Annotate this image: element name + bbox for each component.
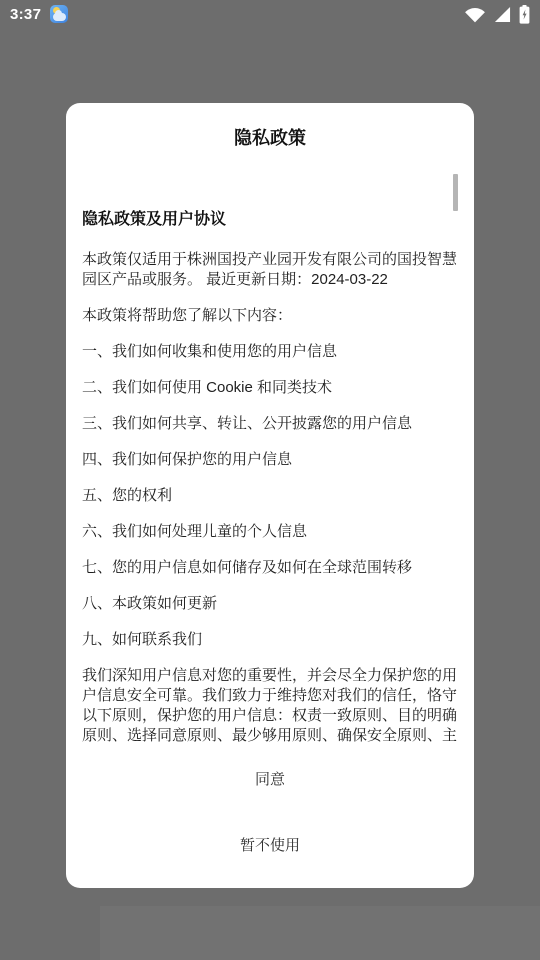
policy-intro-lead: 本政策将帮助您了解以下内容： bbox=[82, 306, 458, 326]
cellular-signal-icon bbox=[494, 6, 511, 23]
policy-toc-item: 一、我们如何收集和使用您的用户信息 bbox=[82, 342, 458, 362]
status-bar-right bbox=[464, 5, 530, 24]
decline-button[interactable]: 暂不使用 bbox=[66, 808, 474, 880]
policy-toc-item: 二、我们如何使用 Cookie 和同类技术 bbox=[82, 378, 458, 398]
dialog-title: 隐私政策 bbox=[66, 103, 474, 171]
policy-heading: 隐私政策及用户协议 bbox=[82, 210, 458, 230]
policy-toc-item: 三、我们如何共享、转让、公开披露您的用户信息 bbox=[82, 414, 458, 434]
policy-intro: 本政策仅适用于株洲国投产业园开发有限公司的国投智慧园区产品或服务。 最近更新日期… bbox=[82, 250, 458, 290]
policy-toc-item: 四、我们如何保护您的用户信息 bbox=[82, 450, 458, 470]
scrollbar-thumb[interactable] bbox=[453, 174, 458, 211]
status-bar: 3:37 bbox=[0, 0, 540, 28]
agree-button[interactable]: 同意 bbox=[66, 748, 474, 808]
weather-app-icon bbox=[50, 5, 68, 23]
policy-toc-item: 九、如何联系我们 bbox=[82, 630, 458, 650]
status-bar-left: 3:37 bbox=[10, 5, 68, 23]
cloud-icon bbox=[53, 13, 66, 21]
policy-toc-item: 八、本政策如何更新 bbox=[82, 594, 458, 614]
screen: 3:37 bbox=[0, 0, 540, 960]
wifi-icon bbox=[464, 6, 486, 23]
policy-toc-item: 六、我们如何处理儿童的个人信息 bbox=[82, 522, 458, 542]
battery-charging-icon bbox=[519, 5, 530, 24]
bottom-watermark-region bbox=[100, 906, 540, 960]
policy-scroll-area[interactable]: 隐私政策及用户协议 本政策仅适用于株洲国投产业园开发有限公司的国投智慧园区产品或… bbox=[66, 171, 474, 748]
privacy-policy-dialog: 隐私政策 隐私政策及用户协议 本政策仅适用于株洲国投产业园开发有限公司的国投智慧… bbox=[66, 103, 474, 888]
policy-closing: 我们深知用户信息对您的重要性，并会尽全力保护您的用户信息安全可靠。我们致力于维持… bbox=[82, 666, 458, 746]
policy-toc-item: 五、您的权利 bbox=[82, 486, 458, 506]
policy-toc-item: 七、您的用户信息如何储存及如何在全球范围转移 bbox=[82, 558, 458, 578]
status-time: 3:37 bbox=[10, 6, 41, 23]
